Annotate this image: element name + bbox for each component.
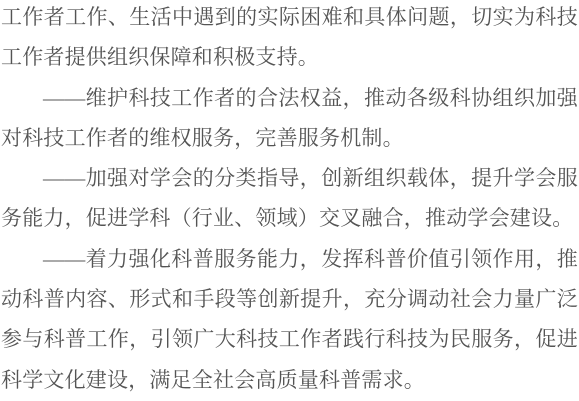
text-line-6: 务能力，促进学科（行业、领域）交叉融合，推动学会建设。 <box>0 198 579 238</box>
text-line-8: 动科普内容、形式和手段等创新提升，充分调动社会力量广泛 <box>0 279 579 319</box>
text-line-2: 工作者提供组织保障和积极支持。 <box>0 37 579 77</box>
text-line-3: ——维护科技工作者的合法权益，推动各级科协组织加强 <box>0 78 579 118</box>
text-line-7: ——着力强化科普服务能力，发挥科普价值引领作用，推 <box>0 239 579 279</box>
document-page: 工作者工作、生活中遇到的实际困难和具体问题，切实为科技 工作者提供组织保障和积极… <box>0 0 579 401</box>
text-line-10: 科学文化建设，满足全社会高质量科普需求。 <box>0 360 579 400</box>
text-line-4: 对科技工作者的维权服务，完善服务机制。 <box>0 118 579 158</box>
text-line-5: ——加强对学会的分类指导，创新组织载体，提升学会服 <box>0 158 579 198</box>
text-line-9: 参与科普工作，引领广大科技工作者践行科技为民服务，促进 <box>0 319 579 359</box>
text-line-1: 工作者工作、生活中遇到的实际困难和具体问题，切实为科技 <box>0 0 579 37</box>
